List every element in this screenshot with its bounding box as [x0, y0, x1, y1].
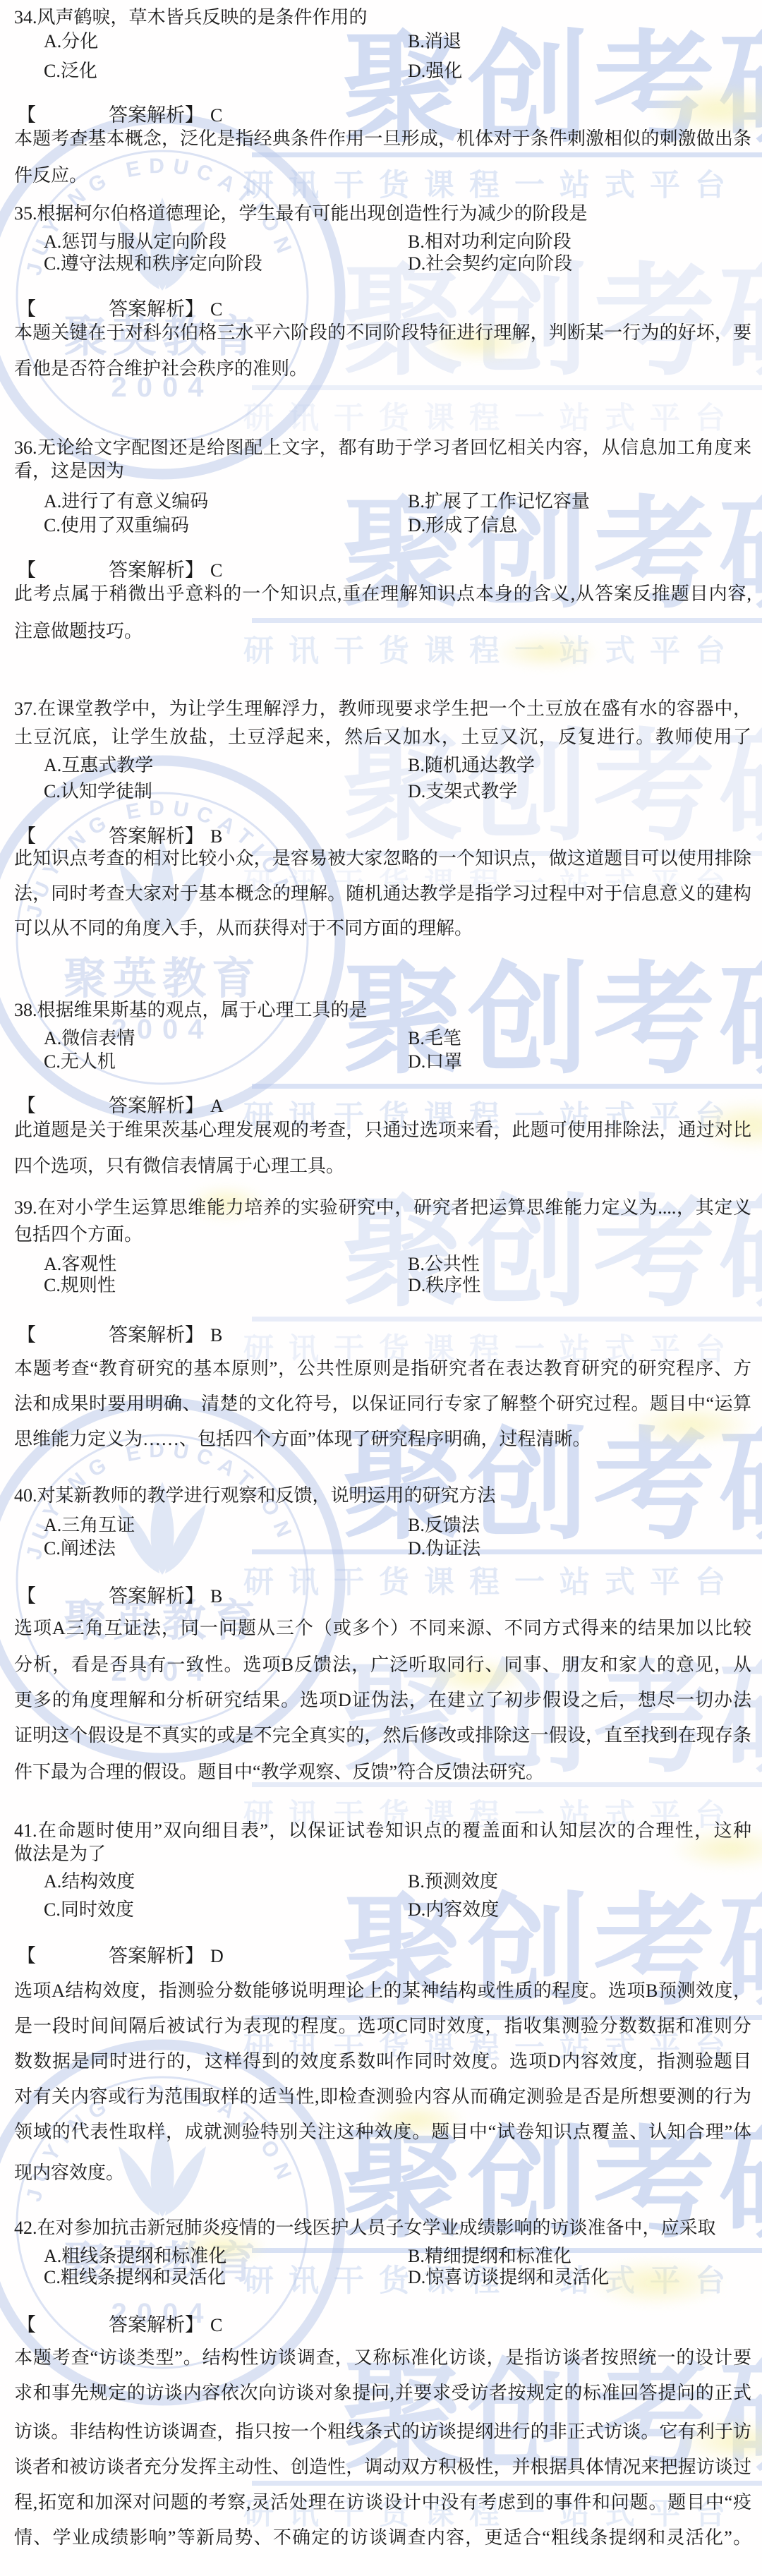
- q35-option-d: D.社会契约定向阶段: [408, 252, 572, 276]
- q37-analysis-line: 法，同时考查大家对于基本概念的理解。随机通达教学是指学习过程中对于信息意义的建构: [14, 882, 751, 906]
- q36-option-d: D.形成了信息: [408, 514, 517, 538]
- q39-analysis-line: 法和成果时要用明确、清楚的文化符号，以保证同行专家了解整个研究过程。题目中“运算: [14, 1392, 751, 1416]
- q41-analysis-line: 数数据是同时进行的，这样得到的效度系数叫作同时效度。选项D内容效度，指测验题目: [14, 2050, 751, 2074]
- q37-option-c: C.认知学徒制: [44, 780, 152, 804]
- q37-stem: 37.在课堂教学中，为让学生理解浮力，教师现要求学生把一个土豆放在盛有水的容器中…: [14, 697, 751, 721]
- q41-analysis-line: 现内容效度。: [14, 2161, 124, 2185]
- q42-stem: 42.在对参加抗击新冠肺炎疫情的一线医护人员子女学业成绩影响的访谈准备中，应采取: [14, 2216, 716, 2240]
- q39-answer-line: 【答案解析】B: [17, 1323, 222, 1348]
- answer-analysis-label: 答案解析】: [109, 1095, 204, 1116]
- q40-answer-letter: B: [210, 1586, 222, 1607]
- watermark-tagline: 研讯干货课程一站式平台: [243, 402, 740, 435]
- q40-answer-line: 【答案解析】B: [17, 1584, 222, 1609]
- q38-answer-letter: A: [210, 1096, 224, 1116]
- bracket-glyph: 【: [17, 298, 36, 320]
- answer-analysis-label: 答案解析】: [109, 298, 204, 320]
- watermark-tagline: 研讯干货课程一站式平台: [243, 169, 740, 202]
- q37-option-d: D.支架式教学: [408, 780, 517, 804]
- q36-option-c: C.使用了双重编码: [44, 514, 189, 538]
- answer-analysis-label: 答案解析】: [109, 1945, 204, 1966]
- bracket-glyph: 【: [17, 1095, 36, 1116]
- q36-answer-line: 【答案解析】C: [17, 558, 222, 583]
- q34-analysis-line: 本题考查基本概念，泛化是指经典条件作用一旦形成，机体对于条件刺激相似的刺激做出条: [14, 127, 751, 151]
- q42-analysis-line: 访谈。非结构性访谈调查，指只按一个粗线条式的访谈提纲进行的非正式访谈。它有利于访: [14, 2420, 751, 2444]
- watermark-underline: [252, 385, 762, 390]
- q40-option-d: D.伪证法: [408, 1537, 480, 1561]
- q41-stem: 41.在命题时使用”双向细目表”，以保证试卷知识点的覆盖面和认知层次的合理性，这…: [14, 1819, 751, 1843]
- q39-option-b: B.公共性: [408, 1252, 480, 1276]
- q37-analysis-line: 可以从不同的角度入手，从而获得对于不同方面的理解。: [14, 917, 473, 941]
- q39-analysis-line: 思维能力定义为……、包括四个方面”体现了研究程序明确，过程清晰。: [14, 1427, 591, 1451]
- seal-org-text: 聚英教育: [64, 955, 261, 1003]
- answer-analysis-label: 答案解析】: [109, 2314, 204, 2335]
- q39-option-d: D.秩序性: [408, 1274, 480, 1298]
- q41-answer-letter: D: [210, 1946, 224, 1966]
- q39-option-c: C.规则性: [44, 1274, 116, 1298]
- q40-analysis-line: 件下最为合理的假设。题目中“教学观察、反馈”符合反馈法研究。: [14, 1760, 544, 1784]
- q41-analysis-line: 领域的代表性取样，成就测验特别关注这种效度。题目中“试卷知识点覆盖、认知合理”体: [14, 2120, 751, 2144]
- q38-answer-line: 【答案解析】A: [17, 1094, 224, 1118]
- q37-option-a: A.互惠式教学: [44, 754, 153, 778]
- bracket-glyph: 【: [17, 1585, 36, 1607]
- q42-option-d: D.惊喜访谈提纲和灵活化: [408, 2266, 609, 2290]
- q35-analysis-line: 本题关键在于对科尔伯格三水平六阶段的不同阶段特征进行理解，判断某一行为的好坏，要: [14, 321, 751, 345]
- q34-option-b: B.消退: [408, 30, 461, 54]
- q36-stem: 36.无论给文字配图还是给图配上文字，都有助于学习者回忆相关内容，从信息加工角度…: [14, 436, 751, 460]
- watermark-underline: [252, 1084, 762, 1089]
- watermark-underline: [252, 1317, 762, 1322]
- q41-option-c: C.同时效度: [44, 1898, 134, 1922]
- q37-analysis-line: 此知识点考查的相对比较小众，是容易被大家忽略的一个知识点，做这道题目可以使用排除: [14, 847, 751, 871]
- q34-analysis-line: 件反应。: [14, 164, 87, 188]
- highlight-smudge: [494, 635, 600, 669]
- q35-option-b: B.相对功利定向阶段: [408, 230, 571, 254]
- q37-answer-letter: B: [210, 826, 222, 847]
- q34-option-a: A.分化: [44, 30, 98, 54]
- q36-analysis-line: 此考点属于稍微出乎意料的一个知识点,重在理解知识点本身的含义,从答案反推题目内容…: [14, 582, 751, 606]
- q41-option-a: A.结构效度: [44, 1870, 135, 1894]
- q38-option-c: C.无人机: [44, 1050, 116, 1074]
- education-seal-stamp: JUYING EDUCATION 聚英教育 2004: [0, 106, 353, 487]
- q34-option-c: C.泛化: [44, 59, 97, 83]
- answer-analysis-label: 答案解析】: [109, 1324, 204, 1346]
- q42-option-a: A.粗线条提纲和标准化: [44, 2244, 226, 2268]
- q35-answer-letter: C: [210, 299, 222, 320]
- q34-stem: 34.风声鹤唳，草木皆兵反映的是条件作用的: [14, 6, 368, 30]
- q39-answer-letter: B: [210, 1325, 222, 1346]
- q42-answer-letter: C: [210, 2315, 222, 2335]
- q39-analysis-line: 本题考查“教育研究的基本原则”，公共性原则是指研究者在表达教育研究的研究程序、方: [14, 1357, 751, 1381]
- q36-stem: 看，这是因为: [14, 459, 124, 483]
- watermark-tagline: 研讯干货课程一站式平台: [243, 635, 740, 667]
- q41-answer-line: 【答案解析】D: [17, 1944, 224, 1969]
- q34-answer-letter: C: [210, 105, 222, 126]
- watermark-tagline: 研讯干货课程一站式平台: [243, 1566, 740, 1599]
- q39-stem: 39.在对小学生运算思维能力培养的实验研究中，研究者把运算思维能力定义为....…: [14, 1196, 751, 1220]
- q37-option-b: B.随机通达教学: [408, 754, 535, 778]
- q34-answer-line: 【答案解析】C: [17, 103, 222, 128]
- q40-option-b: B.反馈法: [408, 1513, 480, 1537]
- q40-option-c: C.阐述法: [44, 1537, 116, 1561]
- q36-answer-letter: C: [210, 560, 222, 581]
- bracket-glyph: 【: [17, 2314, 36, 2335]
- q41-analysis-line: 选项A结构效度，指测验分数能够说明理论上的某神结构或性质的程度。选项B预测效度，: [14, 1979, 751, 2003]
- q35-stem: 35.根据柯尔伯格道德理论，学生最有可能出现创造性行为减少的阶段是: [14, 202, 588, 226]
- q38-option-d: D.口罩: [408, 1050, 462, 1074]
- q38-stem: 38.根据维果斯基的观点，属于心理工具的是: [14, 998, 368, 1022]
- bracket-glyph: 【: [17, 104, 36, 126]
- q40-stem: 40.对某新教师的教学进行观察和反馈，说明运用的研究方法: [14, 1484, 496, 1508]
- watermark-underline: [252, 618, 762, 623]
- q41-stem: 做法是为了: [14, 1842, 106, 1866]
- q42-analysis-line: 本题考查“访谈类型”。结构性访谈调查，又称标准化访谈，是指访谈者按照统一的设计要: [14, 2346, 751, 2370]
- answer-analysis-label: 答案解析】: [109, 560, 204, 581]
- bracket-glyph: 【: [17, 560, 36, 581]
- q39-option-a: A.客观性: [44, 1252, 116, 1276]
- q36-option-b: B.扩展了工作记忆容量: [408, 490, 590, 514]
- q36-option-a: A.进行了有意义编码: [44, 490, 208, 514]
- q42-answer-line: 【答案解析】C: [17, 2313, 222, 2338]
- q42-option-b: B.精细提纲和标准化: [408, 2244, 571, 2268]
- answer-analysis-label: 答案解析】: [109, 826, 204, 847]
- watermark-underline: [252, 1549, 762, 1554]
- q42-option-c: C.粗线条提纲和灵活化: [44, 2266, 226, 2290]
- q36-analysis-line: 注意做题技巧。: [14, 619, 143, 643]
- q40-analysis-line: 更多的角度理解和分析研究结果。选项D证伪法，在建立了初步假设之后，想尽一切办法: [14, 1688, 751, 1712]
- q40-analysis-line: 证明这个假设是不真实的或是不完全真实的，然后修改或排除这一假设，直至找到在现存条: [14, 1724, 751, 1748]
- q38-option-a: A.微信表情: [44, 1027, 135, 1051]
- q37-stem: 土豆沉底，让学生放盐，土豆浮起来，然后又加水，土豆又沉，反复进行。教师使用了: [14, 725, 751, 749]
- q41-option-d: D.内容效度: [408, 1898, 499, 1922]
- watermark-brand-text: 聚创考研网: [342, 960, 762, 1081]
- answer-analysis-label: 答案解析】: [109, 104, 204, 126]
- q38-analysis-line: 此道题是关于维果茨基心理发展观的考查，只通过选项来看，此题可使用排除法，通过对比: [14, 1118, 751, 1142]
- q40-analysis-line: 分析，看是否具有一致性。选项B反馈法，广泛听取同行、同事、朋友和家人的意见，从: [14, 1653, 751, 1677]
- q34-option-d: D.强化: [408, 59, 462, 83]
- q41-analysis-line: 对有关内容或行为范围取样的适当性,即检查测验内容从而确定测验是否是所想要测的行为: [14, 2085, 751, 2109]
- bracket-glyph: 【: [17, 1945, 36, 1966]
- q42-analysis-line: 程,拓宽和加深对问题的考察,灵活处理在访谈设计中没有考虑到的事件和问题。题目中“…: [14, 2491, 751, 2515]
- q35-analysis-line: 看他是否符合维护社会秩序的准则。: [14, 357, 308, 381]
- q40-analysis-line: 选项A三角互证法，同一问题从三个（或多个）不同来源、不同方式得来的结果加以比较: [14, 1616, 751, 1640]
- q42-analysis-line: 情、学业成绩影响”等新局势、不确定的访谈调查内容，更适合“粗线条提纲和灵活化”。: [14, 2526, 751, 2550]
- q40-option-a: A.三角互证: [44, 1513, 135, 1537]
- bracket-glyph: 【: [17, 826, 36, 847]
- q38-option-b: B.毛笔: [408, 1027, 461, 1051]
- q35-option-c: C.遵守法规和秩序定向阶段: [44, 252, 262, 276]
- q39-stem: 包括四个方面。: [14, 1223, 143, 1247]
- q41-option-b: B.预测效度: [408, 1870, 498, 1894]
- q41-analysis-line: 是一段时间间隔后被试行为表现的程度。选项C同时效度，指收集测验分数数据和准则分: [14, 2014, 751, 2038]
- q35-answer-line: 【答案解析】C: [17, 297, 222, 322]
- watermark-underline: [252, 2481, 762, 2486]
- q42-analysis-line: 谈者和被访谈者充分发挥主动性、创造性，调动双方积极性，并根据具体情况来把握访谈过: [14, 2455, 751, 2479]
- q37-answer-line: 【答案解析】B: [17, 824, 222, 849]
- q35-option-a: A.惩罚与服从定向阶段: [44, 230, 226, 254]
- q38-analysis-line: 四个选项，只有微信表情属于心理工具。: [14, 1154, 344, 1178]
- bracket-glyph: 【: [17, 1324, 36, 1346]
- answer-analysis-label: 答案解析】: [109, 1585, 204, 1607]
- scanned-exam-page: 聚创考研网 研讯干货课程一站式平台 聚创考研网 研讯干货课程一站式平台 聚创考研…: [0, 0, 762, 2576]
- watermark-underline: [252, 152, 762, 157]
- q42-analysis-line: 求和事先规定的访谈内容依次向访谈对象提问,并要求受访者按规定的标准回答提问的正式: [14, 2381, 751, 2405]
